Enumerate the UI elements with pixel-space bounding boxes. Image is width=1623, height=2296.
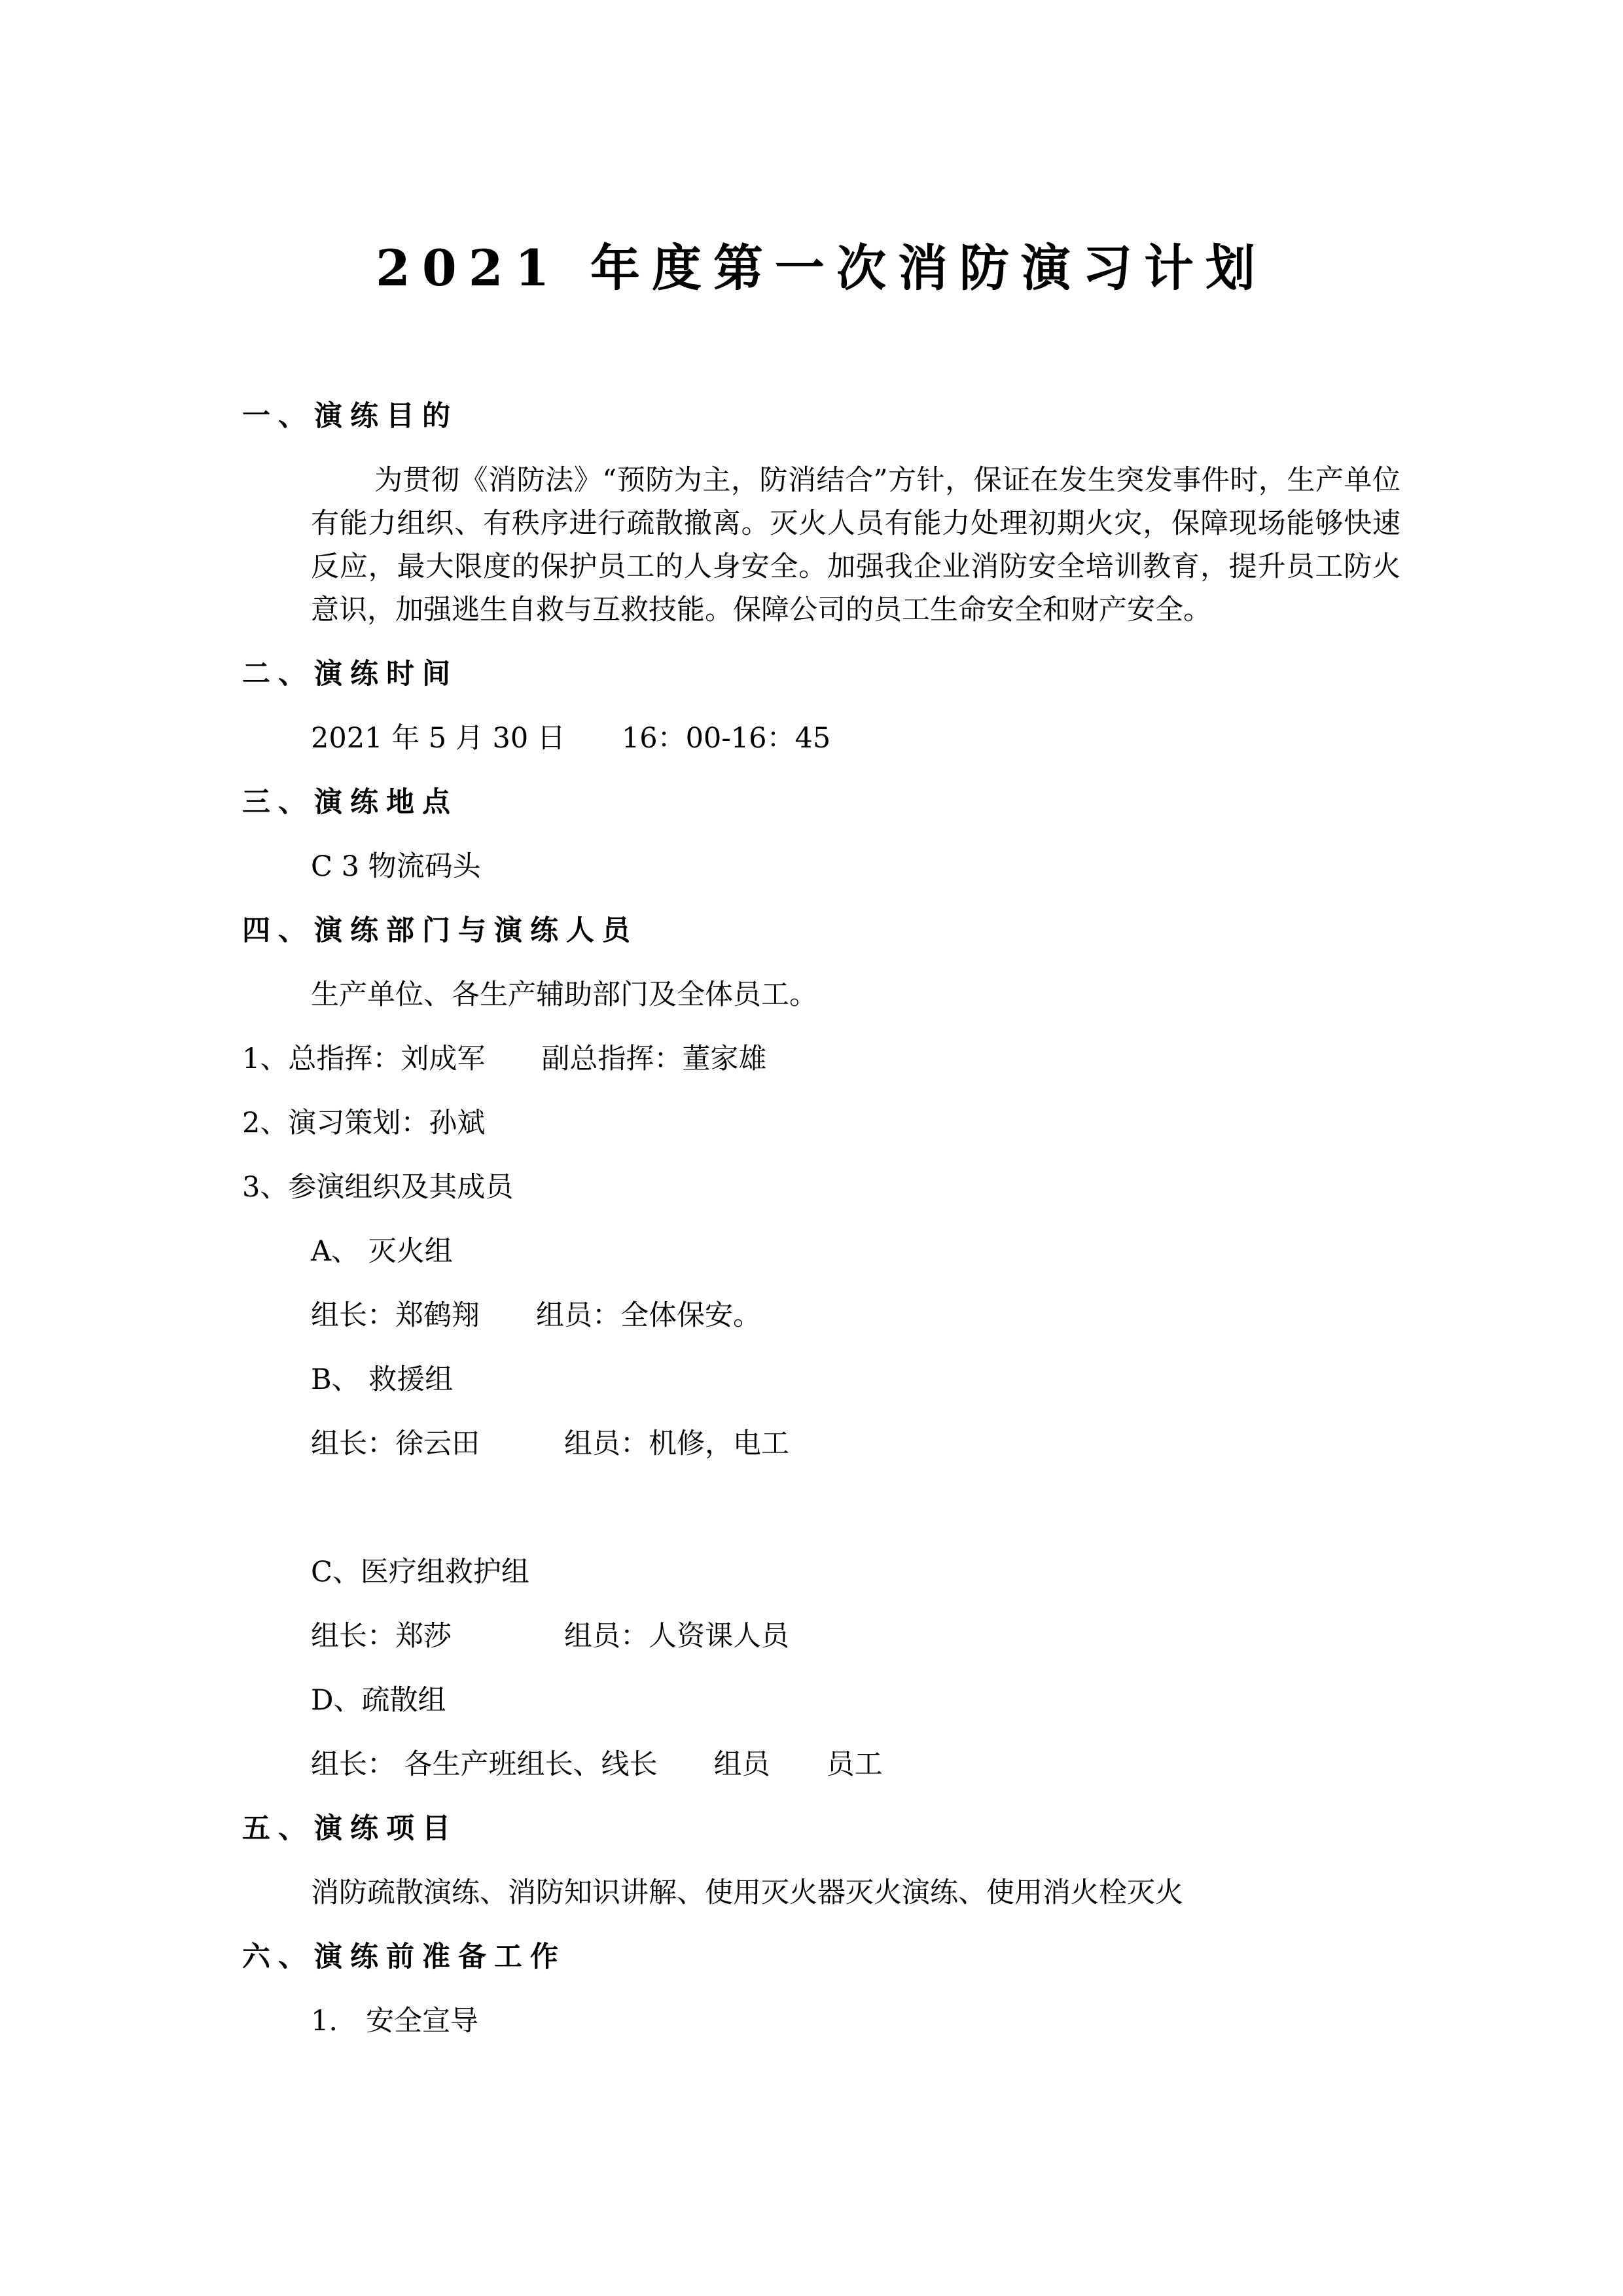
section-heading-items: 五、演练项目 xyxy=(242,1807,1400,1850)
drill-location-line: C 3 物流码头 xyxy=(311,845,1400,888)
section-heading-purpose: 一、演练目的 xyxy=(242,395,1400,438)
group-a-title-line: A、 灭火组 xyxy=(311,1230,1400,1273)
document-title: 2021 年度第一次消防演习计划 xyxy=(242,241,1400,296)
planner-line: 2、演习策划：孙斌 xyxy=(242,1102,1400,1145)
section-heading-preparation: 六、演练前准备工作 xyxy=(242,1935,1400,1979)
blank-line xyxy=(242,1486,1400,1530)
group-a-members-line: 组长：郑鹤翔 组员：全体保安。 xyxy=(311,1294,1400,1337)
group-d-title-line: D、疏散组 xyxy=(311,1679,1400,1722)
document-page: 2021 年度第一次消防演习计划 一、演练目的 为贯彻《消防法》“预防为主，防消… xyxy=(0,0,1623,2296)
document-content: 2021 年度第一次消防演习计划 一、演练目的 为贯彻《消防法》“预防为主，防消… xyxy=(0,0,1623,2043)
section-heading-time: 二、演练时间 xyxy=(242,653,1400,696)
section-heading-departments: 四、演练部门与演练人员 xyxy=(242,909,1400,952)
group-c-members-line: 组长：郑莎 组员：人资课人员 xyxy=(311,1615,1400,1658)
drill-items-line: 消防疏散演练、消防知识讲解、使用灭火器灭火演练、使用消火栓灭火 xyxy=(311,1871,1400,1914)
purpose-paragraph: 为贯彻《消防法》“预防为主，防消结合”方针，保证在发生突发事件时，生产单位有能力… xyxy=(311,459,1400,632)
group-b-title-line: B、 救援组 xyxy=(311,1358,1400,1401)
groups-intro-line: 3、参演组织及其成员 xyxy=(242,1166,1400,1209)
section-heading-location: 三、演练地点 xyxy=(242,781,1400,824)
group-d-members-line: 组长： 各生产班组长、线长 组员 员工 xyxy=(311,1743,1400,1786)
participants-line: 生产单位、各生产辅助部门及全体员工。 xyxy=(311,973,1400,1016)
group-c-title-line: C、医疗组救护组 xyxy=(311,1551,1400,1594)
group-b-members-line: 组长：徐云田 组员：机修，电工 xyxy=(311,1422,1400,1465)
drill-time-line: 2021 年 5 月 30 日 16：00-16：45 xyxy=(311,717,1400,760)
commander-line: 1、总指挥：刘成军 副总指挥：董家雄 xyxy=(242,1037,1400,1081)
safety-briefing-line: 1. 安全宣导 xyxy=(311,2000,1400,2043)
